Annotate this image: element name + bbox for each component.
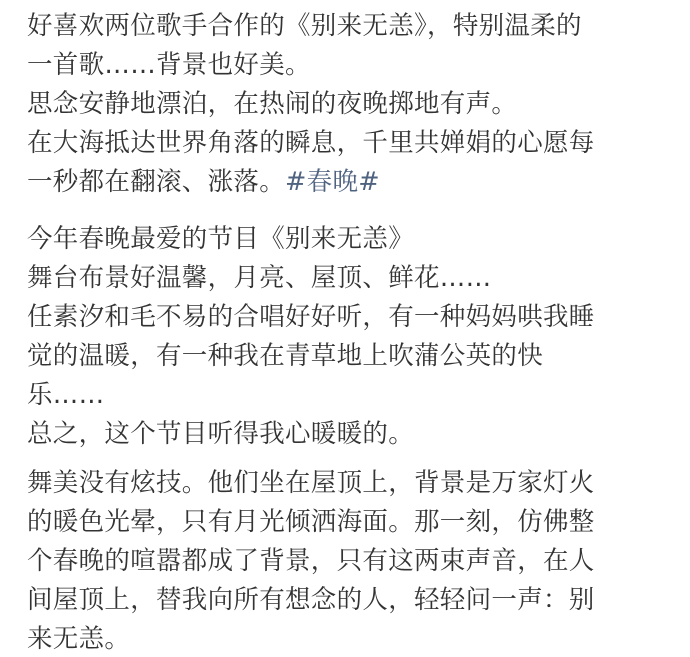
comment-3-line-3: 个春晚的喧嚣都成了背景，只有这两束声音，在人 [27, 542, 667, 581]
comment-2: 今年春晚最爱的节目《别来无恙》 舞台布景好温馨，月亮、屋顶、鲜花…… 任素汐和毛… [27, 220, 667, 454]
comment-2-line-6: 总之，这个节目听得我心暖暖的。 [27, 415, 667, 454]
comment-3-line-4: 间屋顶上，替我向所有想念的人，轻轻问一声：别 [27, 581, 667, 620]
comment-3-line-1: 舞美没有炫技。他们坐在屋顶上，背景是万家灯火 [27, 464, 667, 503]
comment-2-line-2: 舞台布景好温馨，月亮、屋顶、鲜花…… [27, 259, 667, 298]
comment-1-line-2: 一首歌……背景也好美。 [27, 46, 667, 85]
hashtag-link[interactable]: #春晚# [285, 167, 380, 197]
comment-1: 好喜欢两位歌手合作的《别来无恙》，特别温柔的 一首歌……背景也好美。 思念安静地… [27, 7, 667, 202]
comment-2-line-3: 任素汐和毛不易的合唱好好听，有一种妈妈哄我睡 [27, 298, 667, 337]
comment-2-line-5: 乐…… [27, 376, 667, 415]
comment-1-line-1: 好喜欢两位歌手合作的《别来无恙》，特别温柔的 [27, 7, 667, 46]
comment-1-line-4: 在大海抵达世界角落的瞬息，千里共婵娟的心愿每 [27, 124, 667, 163]
comment-2-line-1: 今年春晚最爱的节目《别来无恙》 [27, 220, 667, 259]
comment-1-line-5: 一秒都在翻滚、涨落。#春晚# [27, 163, 667, 202]
comment-3-line-2: 的暖色光晕，只有月光倾洒海面。那一刻，仿佛整 [27, 503, 667, 542]
comment-3-line-5: 来无恙。 [27, 620, 667, 657]
comment-list: 好喜欢两位歌手合作的《别来无恙》，特别温柔的 一首歌……背景也好美。 思念安静地… [27, 7, 667, 657]
comment-1-line-3: 思念安静地漂泊，在热闹的夜晚掷地有声。 [27, 85, 667, 124]
comment-3: 舞美没有炫技。他们坐在屋顶上，背景是万家灯火 的暖色光晕，只有月光倾洒海面。那一… [27, 464, 667, 657]
comment-1-line-5-text: 一秒都在翻滚、涨落。 [27, 167, 285, 197]
comment-2-line-4: 觉的温暖，有一种我在青草地上吹蒲公英的快 [27, 337, 667, 376]
